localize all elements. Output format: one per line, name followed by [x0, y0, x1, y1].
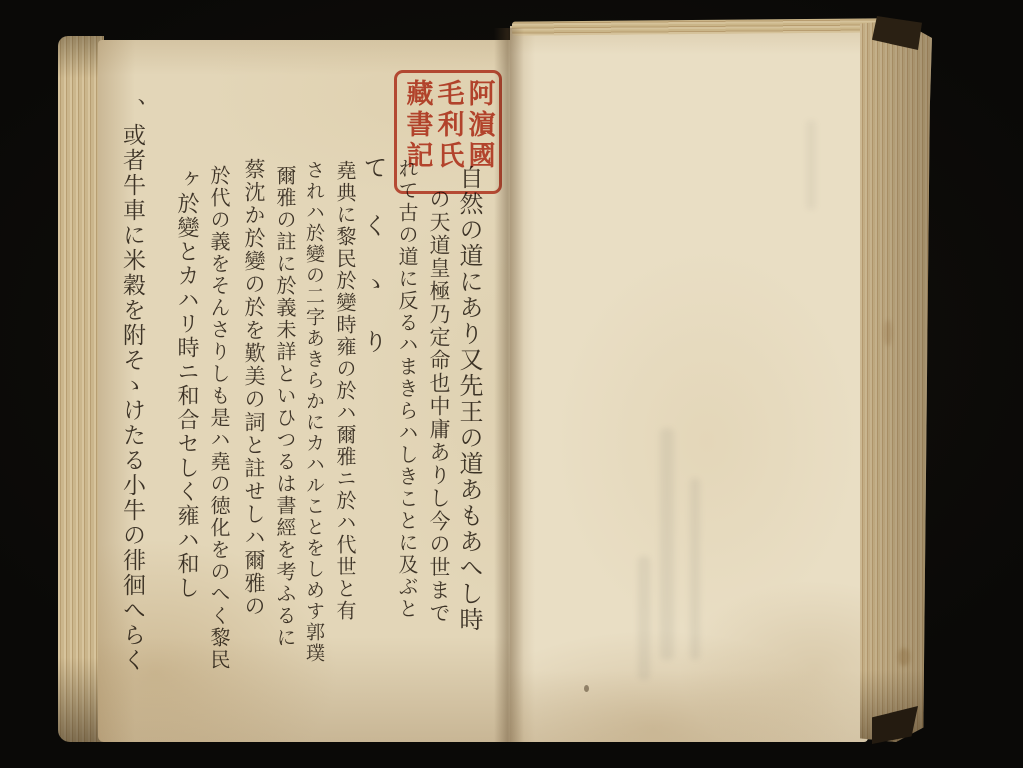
manuscript-column-8: 蔡沈か於變の於を歎美の詞と註せしハ爾雅の: [239, 158, 269, 618]
manuscript-column-10: ヶ於變とカハリ時ニ和合セしく雍ハ和し: [171, 168, 202, 600]
photo-background: 阿濵國 毛利氏 藏書記 自然の道にあり又先王の道あもあへし時 の天道皇極乃定命也…: [0, 0, 1023, 768]
show-through-mark: [690, 478, 700, 660]
edge-stain: [898, 648, 910, 666]
edge-stain: [884, 320, 892, 346]
show-through-mark: [660, 428, 674, 660]
manuscript-column-9: 於代の義をそんさりしも是ハ堯の徳化をのへく黎民: [205, 165, 234, 671]
show-through-mark: [806, 120, 816, 210]
manuscript-column-4: てくゝり: [356, 155, 391, 387]
manuscript-marginal-column: 、或者牛車に米穀を附そゝけたる小牛の徘徊へらく: [116, 98, 149, 673]
fore-edge-pages: [860, 20, 932, 742]
manuscript-column-7: 爾雅の註に於義未詳といひつるは書經を考ふるに: [271, 165, 300, 649]
manuscript-column-1: 自然の道にあり又先王の道あもあへし時: [452, 165, 487, 633]
manuscript-column-2: の天道皇極乃定命也中庸ありし今の世まで: [424, 188, 454, 625]
ink-speck: [584, 685, 589, 692]
manuscript-column-6: されハ於變の二字あきらかにカハルことをしめす郭璞: [301, 160, 328, 664]
manuscript-column-5: 堯典に黎民於變時雍の於ハ爾雅ニ於ハ代世と有: [331, 160, 360, 622]
show-through-mark: [638, 556, 650, 680]
manuscript-column-3: れて古の道に反るハまきらハしきことに及ぶと: [393, 158, 422, 620]
